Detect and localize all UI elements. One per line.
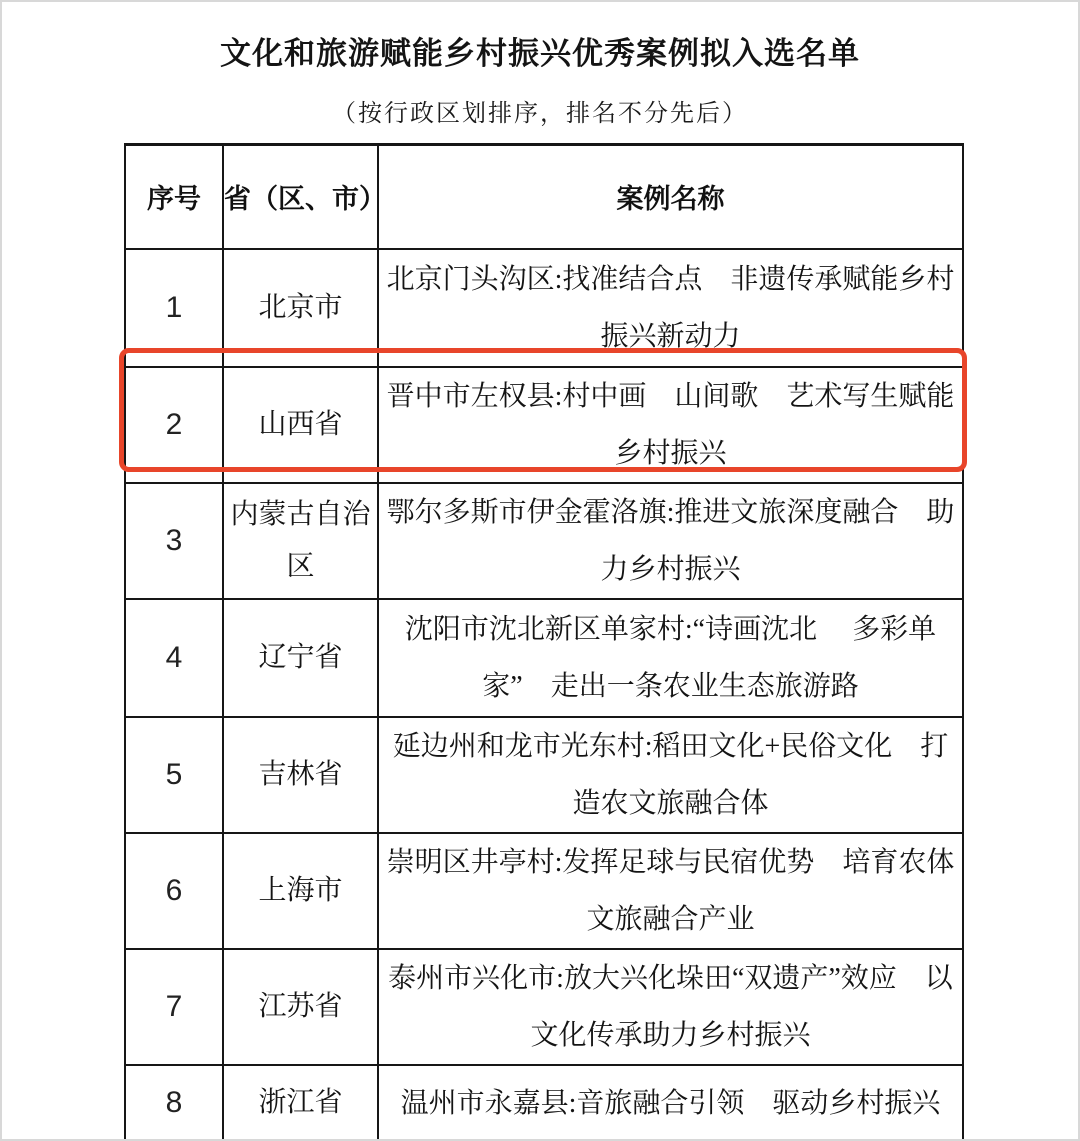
cell-no: 6	[125, 833, 223, 949]
cell-province: 辽宁省	[223, 599, 378, 717]
cell-no: 3	[125, 483, 223, 599]
page-subtitle: （按行政区划排序，排名不分先后）	[2, 93, 1078, 128]
header-cell-case: 案例名称	[378, 145, 963, 249]
table-row: 5 吉林省 延边州和龙市光东村:稻田文化+民俗文化 打 造农文旅融合体	[125, 717, 963, 833]
cell-case: 泰州市兴化市:放大兴化垛田“双遗产”效应 以 文化传承助力乡村振兴	[378, 949, 963, 1065]
table-row-highlighted: 2 山西省 晋中市左权县:村中画 山间歌 艺术写生赋能 乡村振兴	[125, 367, 963, 483]
page-title: 文化和旅游赋能乡村振兴优秀案例拟入选名单	[2, 28, 1078, 73]
cell-province: 内蒙古自治 区	[223, 483, 378, 599]
table-row: 3 内蒙古自治 区 鄂尔多斯市伊金霍洛旗:推进文旅深度融合 助 力乡村振兴	[125, 483, 963, 599]
table-row: 6 上海市 崇明区井亭村:发挥足球与民宿优势 培育农体 文旅融合产业	[125, 833, 963, 949]
cell-province: 吉林省	[223, 717, 378, 833]
table-header-row: 序号 省（区、市） 案例名称	[125, 145, 963, 249]
cell-province: 江苏省	[223, 949, 378, 1065]
cell-no: 8	[125, 1065, 223, 1141]
cell-case: 晋中市左权县:村中画 山间歌 艺术写生赋能 乡村振兴	[378, 367, 963, 483]
cell-case: 北京门头沟区:找准结合点 非遗传承赋能乡村 振兴新动力	[378, 249, 963, 367]
cell-no: 5	[125, 717, 223, 833]
cell-province: 浙江省	[223, 1065, 378, 1141]
cell-case: 鄂尔多斯市伊金霍洛旗:推进文旅深度融合 助 力乡村振兴	[378, 483, 963, 599]
table-row: 8 浙江省 温州市永嘉县:音旅融合引领 驱动乡村振兴	[125, 1065, 963, 1141]
cell-province: 北京市	[223, 249, 378, 367]
table-row: 7 江苏省 泰州市兴化市:放大兴化垛田“双遗产”效应 以 文化传承助力乡村振兴	[125, 949, 963, 1065]
document-page: 文化和旅游赋能乡村振兴优秀案例拟入选名单 （按行政区划排序，排名不分先后） 序号…	[0, 0, 1080, 1141]
cell-no: 2	[125, 367, 223, 483]
table-row: 1 北京市 北京门头沟区:找准结合点 非遗传承赋能乡村 振兴新动力	[125, 249, 963, 367]
table-row: 4 辽宁省 沈阳市沈北新区单家村:“诗画沈北 多彩单 家” 走出一条农业生态旅游…	[125, 599, 963, 717]
cell-province: 山西省	[223, 367, 378, 483]
cases-table: 序号 省（区、市） 案例名称 1 北京市 北京门头沟区:找准结合点 非遗传承赋能…	[124, 143, 964, 1141]
cell-case: 沈阳市沈北新区单家村:“诗画沈北 多彩单 家” 走出一条农业生态旅游路	[378, 599, 963, 717]
cell-case: 崇明区井亭村:发挥足球与民宿优势 培育农体 文旅融合产业	[378, 833, 963, 949]
cell-case: 温州市永嘉县:音旅融合引领 驱动乡村振兴	[378, 1065, 963, 1141]
cell-no: 4	[125, 599, 223, 717]
header-cell-province: 省（区、市）	[223, 145, 378, 249]
cell-no: 1	[125, 249, 223, 367]
cell-case: 延边州和龙市光东村:稻田文化+民俗文化 打 造农文旅融合体	[378, 717, 963, 833]
header-cell-no: 序号	[125, 145, 223, 249]
cell-no: 7	[125, 949, 223, 1065]
cell-province: 上海市	[223, 833, 378, 949]
